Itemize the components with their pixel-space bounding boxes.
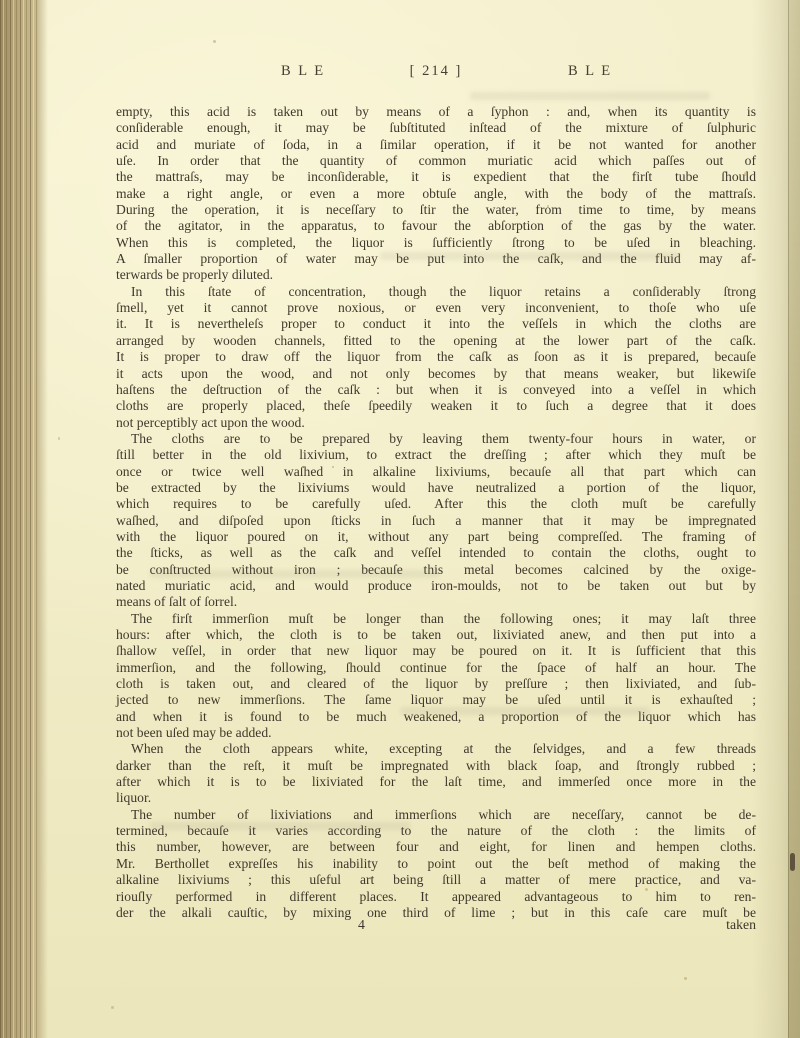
text-line: alkaline lixiviums ; this uſeful art bei…	[116, 872, 756, 888]
foxing-speck	[744, 172, 748, 176]
foxing-speck	[547, 205, 549, 207]
body-text: empty, this acid is taken out by means o…	[116, 104, 756, 921]
running-head-left: B L E	[281, 63, 325, 80]
paragraph: In this ſtate of concentration, though t…	[116, 284, 756, 431]
show-through-smudge	[400, 707, 650, 715]
text-line: empty, this acid is taken out by means o…	[116, 104, 756, 120]
text-line: When this is completed, the liquor is ſu…	[116, 235, 756, 251]
text-line: riouſly performed in different places. I…	[116, 889, 756, 905]
edge-ink-mark	[790, 853, 795, 871]
text-line: not perceptibly act upon the wood.	[116, 415, 756, 431]
page-footer: 4 taken	[116, 917, 756, 935]
foxing-speck	[684, 977, 687, 980]
text-line: of the agitator, in the apparatus, to fa…	[116, 218, 756, 234]
text-line: after which it is to be lixiviated for t…	[116, 774, 756, 790]
signature-mark: 4	[358, 917, 365, 933]
text-line: which requires to be carefully uſed. Aft…	[116, 496, 756, 512]
book-page-edges-fade	[38, 0, 48, 1038]
text-line: cloth is taken out, and cleared of the l…	[116, 676, 756, 692]
text-line: be extracted by the lixiviums would have…	[116, 480, 756, 496]
text-line: acid and muriate of ſoda, in a ſimilar o…	[116, 137, 756, 153]
text-line: Mr. Berthollet expreſſes his inability t…	[116, 856, 756, 872]
running-head: B L E [ 214 ] B L E	[116, 63, 756, 83]
text-line: cloths are properly placed, theſe ſpeedi…	[116, 398, 756, 414]
text-line: terwards be properly diluted.	[116, 267, 756, 283]
book-page-edges	[0, 0, 38, 1038]
text-line: liquor.	[116, 790, 756, 806]
text-line: conſiderable enough, it may be ſubſtitut…	[116, 120, 756, 136]
text-line: In this ſtate of concentration, though t…	[116, 284, 756, 300]
paragraph: When the cloth appears white, excepting …	[116, 741, 756, 806]
text-line: ſhallow veſſel, in order that new liquor…	[116, 643, 756, 659]
text-line: means of ſalt of ſorrel.	[116, 594, 756, 610]
text-line: with the liquor poured on it, without an…	[116, 529, 756, 545]
text-line: waſhed, and diſpoſed upon ſticks in ſuch…	[116, 513, 756, 529]
text-line: nated muriatic acid, and would produce i…	[116, 578, 756, 594]
text-line: once or twice well waſhed in alkaline li…	[116, 464, 756, 480]
text-line: make a right angle, or even a more obtuſ…	[116, 186, 756, 202]
text-line: it. It is nevertheleſs proper to conduct…	[116, 316, 756, 332]
text-line: this number, however, are between four a…	[116, 839, 756, 855]
paragraph: The firſt immerſion muſt be longer than …	[116, 611, 756, 742]
text-line: arranged by wooden channels, fitted to t…	[116, 333, 756, 349]
foxing-speck	[58, 437, 60, 440]
page-right-edge	[788, 0, 800, 1038]
text-line: haſtens the deſtruction of the caſk : bu…	[116, 382, 756, 398]
foxing-speck	[645, 888, 648, 891]
text-line: not been uſed may be added.	[116, 725, 756, 741]
foxing-speck	[111, 1006, 114, 1009]
running-head-right: B L E	[568, 63, 612, 80]
scanned-book-page: { "page": { "header": { "left_title": "B…	[0, 0, 800, 1038]
text-line: it acts upon the wood, and not only beco…	[116, 366, 756, 382]
text-line: uſe. In order that the quantity of commo…	[116, 153, 756, 169]
text-line: ſtill better in the old lixivium, to ext…	[116, 447, 756, 463]
foxing-speck	[332, 466, 334, 468]
show-through-smudge	[380, 252, 680, 260]
text-line: The firſt immerſion muſt be longer than …	[116, 611, 756, 627]
text-line: The number of lixiviations and immerſion…	[116, 807, 756, 823]
text-line: the ſticks, as well as the caſk and veſſ…	[116, 545, 756, 561]
text-line: When the cloth appears white, excepting …	[116, 741, 756, 757]
page-number: [ 214 ]	[410, 63, 463, 80]
paragraph: The cloths are to be prepared by leaving…	[116, 431, 756, 611]
text-line: The cloths are to be prepared by leaving…	[116, 431, 756, 447]
show-through-smudge	[470, 92, 710, 100]
text-line: darker than the reſt, it muſt be impregn…	[116, 758, 756, 774]
text-line: ſmell, yet it cannot prove noxious, or e…	[116, 300, 756, 316]
text-line: During the operation, it is neceſſary to…	[116, 202, 756, 218]
text-line: the mattraſs, may be inconſiderable, it …	[116, 169, 756, 185]
show-through-smudge	[150, 822, 410, 830]
show-through-smudge	[150, 570, 440, 578]
text-line: hours: after which, the cloth is to be t…	[116, 627, 756, 643]
text-line: It is proper to draw off the liquor from…	[116, 349, 756, 365]
foxing-speck	[213, 40, 216, 43]
text-line: immerſion, and the following, ſhould con…	[116, 660, 756, 676]
paper-surface: B L E [ 214 ] B L E empty, this acid is …	[0, 0, 800, 1038]
